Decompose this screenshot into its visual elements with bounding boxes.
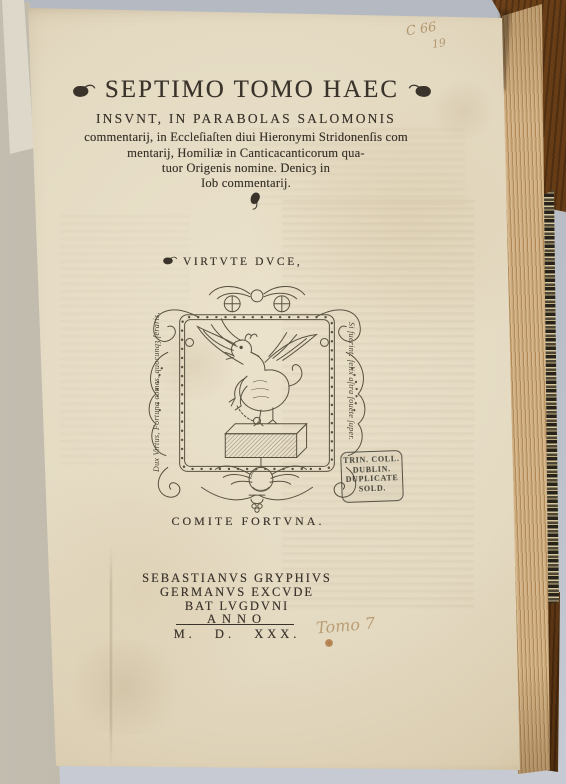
book-photograph: C 66 19 SEPTIMO TOMO HAEC INSVNT, IN PAR… — [0, 0, 566, 784]
title-line-3: commentarij, in Eccleſiaſten diui Hieron… — [26, 130, 466, 145]
cherub-and-wheels-icon — [209, 287, 304, 312]
device-side-text-right: Si fuerint: felix aſtra fouete ſuper. — [347, 322, 356, 498]
verso-showthrough — [250, 128, 465, 206]
title-main-text: SEPTIMO TOMO HAEC — [105, 76, 399, 103]
page-stain — [60, 640, 190, 735]
title-line-1: SEPTIMO TOMO HAEC — [26, 76, 478, 104]
winged-sphere-icon — [215, 458, 306, 492]
library-stamp: TRIN. COLL. DUBLIN. DUPLICATE SOLD. — [340, 450, 404, 503]
imprint-date: M. D. XXX. — [20, 627, 454, 642]
page-crease — [110, 545, 112, 767]
imprint-line-2: GERMANVS EXCVDE — [20, 585, 454, 600]
title-line-5: tuor Origenis nomine. Denicȝ in — [26, 161, 466, 176]
title-line-2: INSVNT, IN PARABOLAS SALOMONIS — [26, 111, 466, 127]
shelfmark-handwriting: C 66 — [405, 20, 438, 40]
verso-showthrough — [282, 200, 474, 610]
griffin-icon — [198, 319, 317, 426]
device-motto-top: VIRTVTE DVCE, — [20, 256, 444, 268]
imprint-line-4: ANNO — [20, 612, 454, 627]
stamp-line: DUBLIN. — [342, 464, 402, 476]
cartouche-scrollwork-icon — [149, 310, 365, 512]
imprint-line-1: SEBASTIANVS GRYPHIVS — [20, 571, 454, 586]
title-page: C 66 19 SEPTIMO TOMO HAEC INSVNT, IN PAR… — [0, 0, 566, 784]
stamp-line: DUPLICATE — [342, 473, 402, 485]
shelfmark-handwriting: 19 — [431, 36, 447, 51]
imprint-line-3: BAT LVGDVNI — [20, 599, 454, 614]
fleuron-leaf-icon — [244, 189, 264, 213]
device-motto-bottom: COMITE FORTVNA. — [26, 514, 470, 529]
fleuron-leaf-icon — [162, 256, 178, 266]
fleuron-leaf-icon — [407, 84, 433, 99]
page-stain — [150, 330, 240, 400]
stamp-line: SOLD. — [342, 483, 402, 495]
stamp-line: TRIN. COLL. — [341, 454, 401, 466]
tomo-handwriting-note: Tomo 7 — [315, 613, 376, 637]
verso-showthrough — [60, 215, 190, 465]
inner-frame-icon — [180, 315, 335, 472]
page-stain — [428, 80, 498, 140]
chained-block-icon — [225, 406, 306, 458]
device-side-text-left: Dux Virtus, Fortuna comes, quocunqȝ fera… — [152, 296, 161, 472]
imprint-rule — [176, 624, 294, 625]
gryphius-printer-device — [138, 281, 376, 515]
title-line-4: mentarij, Homiliæ in Canticacanticorum q… — [26, 146, 466, 161]
title-line-6: Iob commentarij. — [26, 176, 466, 191]
foxing-spot — [325, 639, 333, 647]
fleuron-leaf-icon — [71, 84, 97, 99]
